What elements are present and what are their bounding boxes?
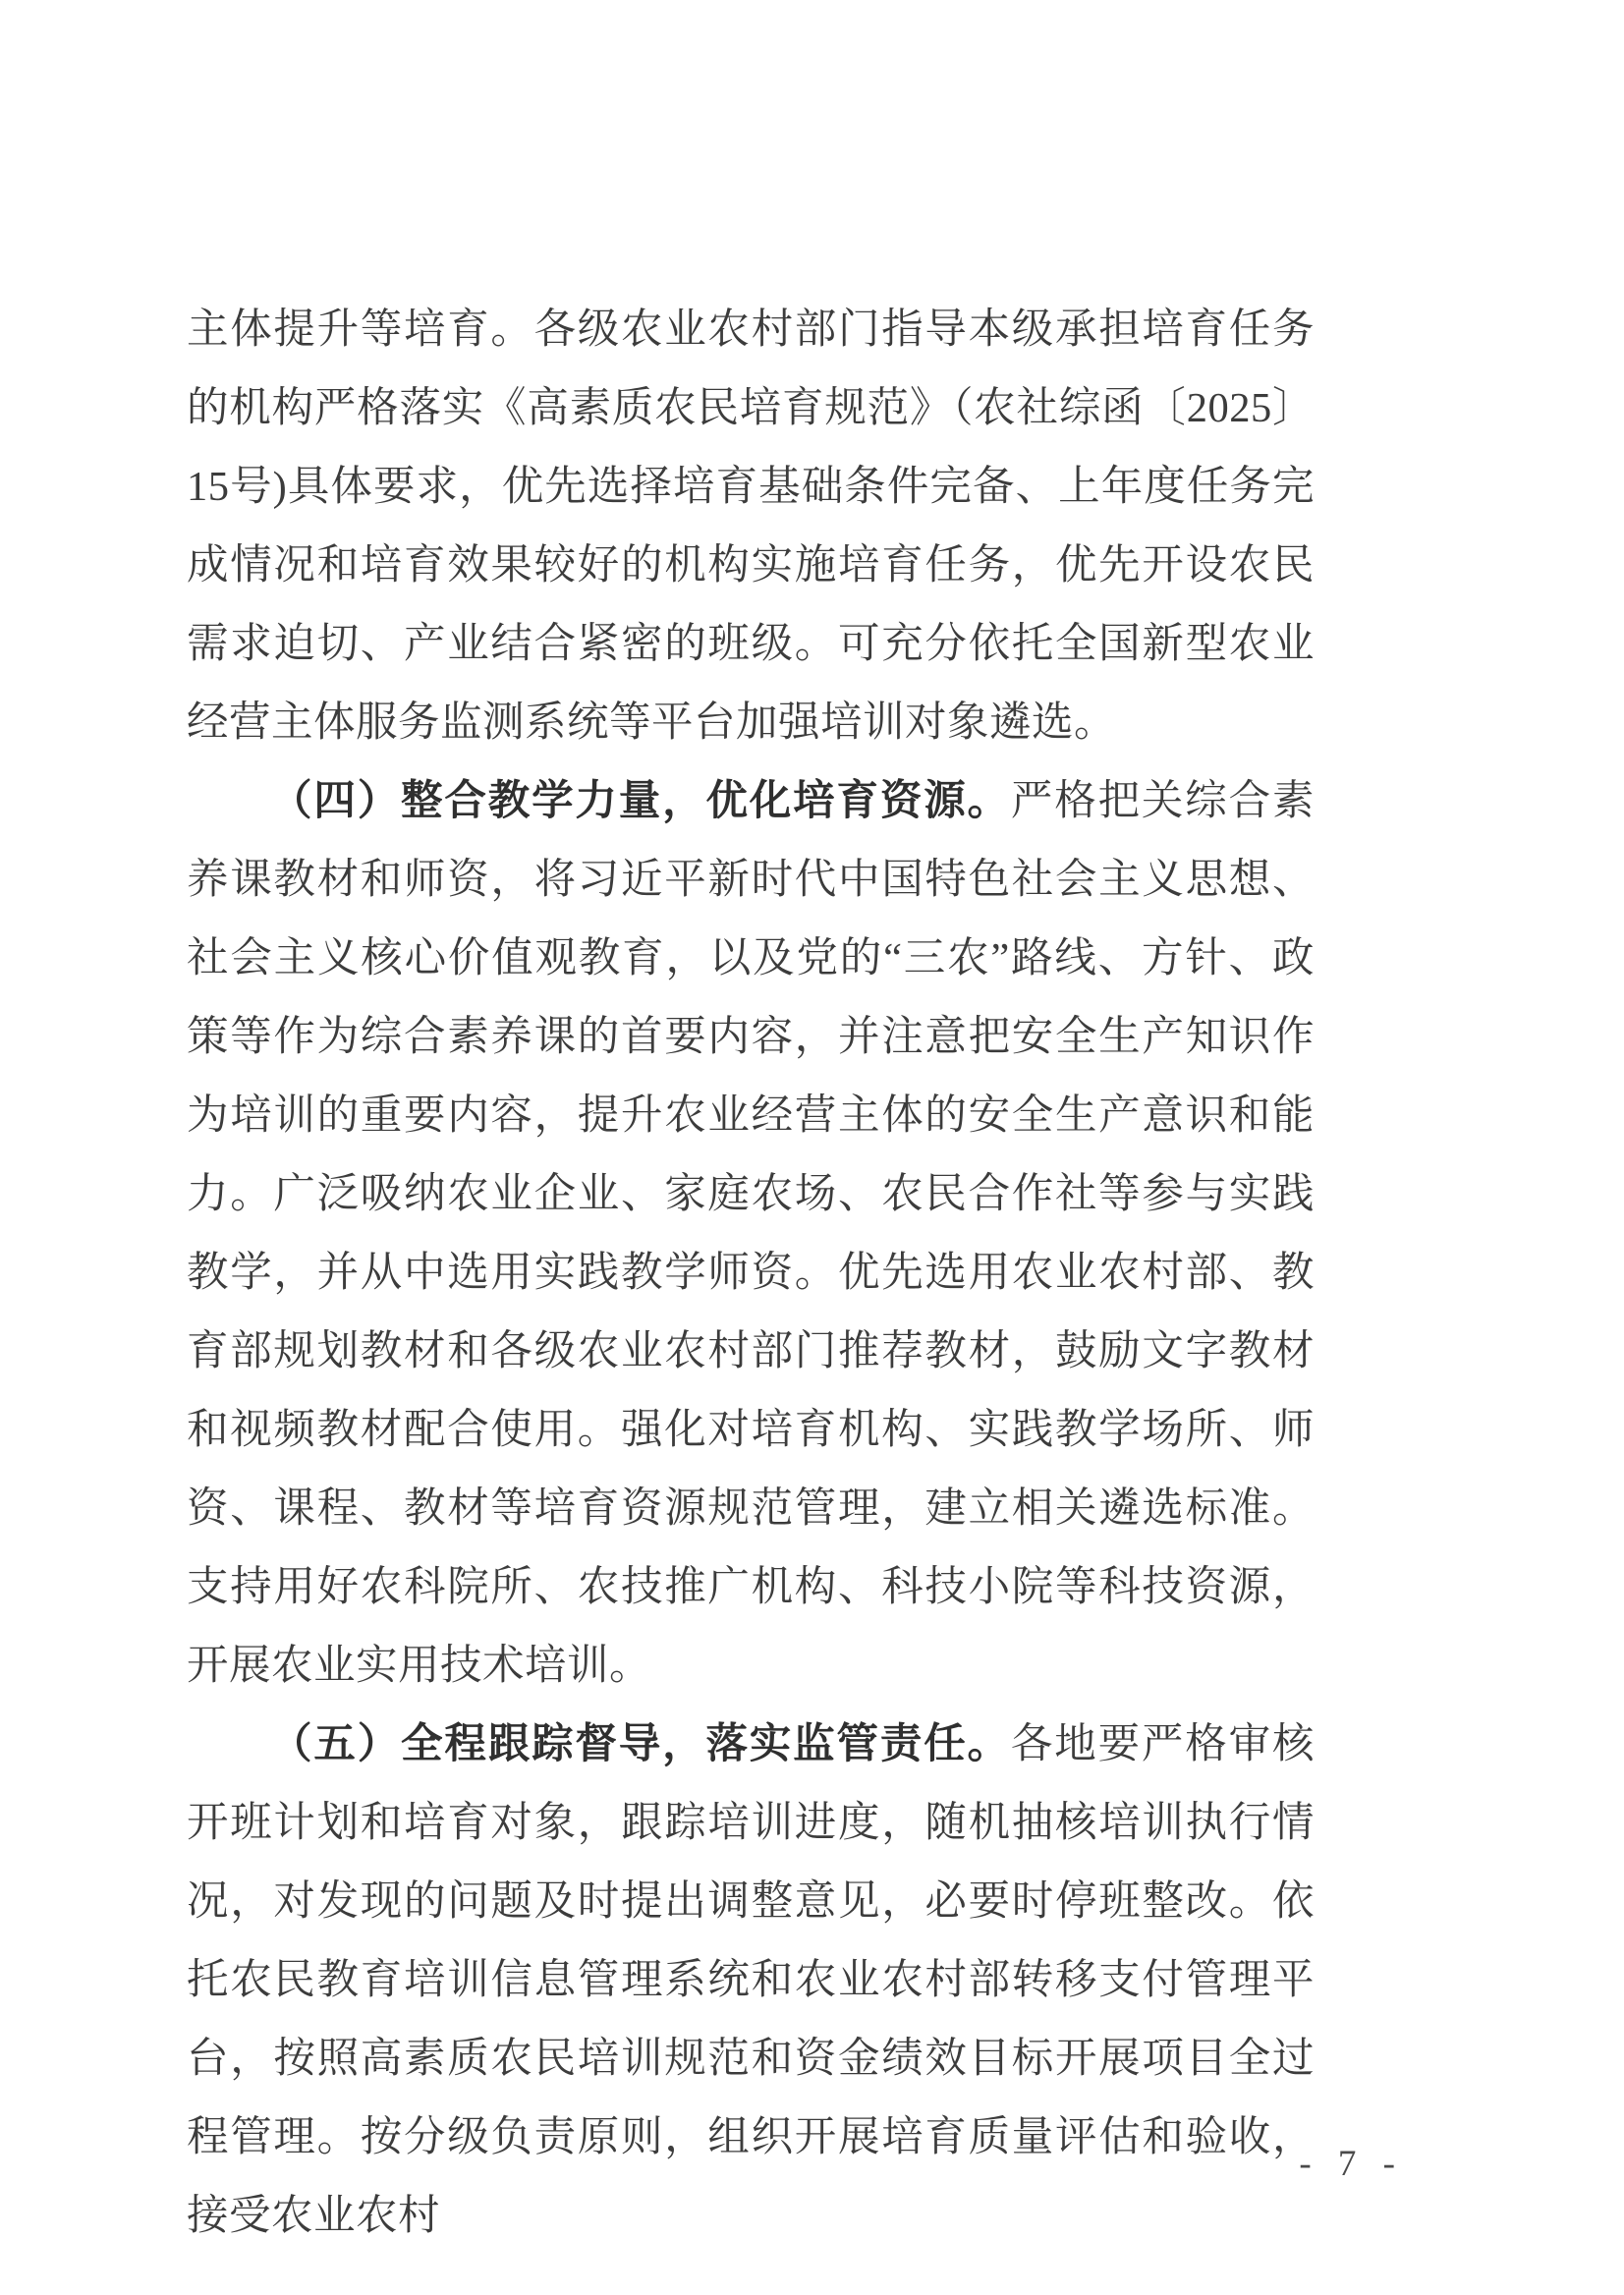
paragraph-section-5: （五）全程跟踪督导，落实监管责任。各地要严格审核开班计划和培育对象，跟踪培训进度… xyxy=(187,1706,1315,2256)
section-4-heading: （四）整合教学力量，优化培育资源。 xyxy=(270,778,1011,824)
paragraph-continuation-text: 主体提升等培育。各级农业农村部门指导本级承担培育任务的机构严格落实《高素质农民培… xyxy=(187,307,1315,746)
document-page: 主体提升等培育。各级农业农村部门指导本级承担培育任务的机构严格落实《高素质农民培… xyxy=(0,0,1624,2295)
paragraph-continuation: 主体提升等培育。各级农业农村部门指导本级承担培育任务的机构严格落实《高素质农民培… xyxy=(187,291,1315,762)
document-body: 主体提升等培育。各级农业农村部门指导本级承担培育任务的机构严格落实《高素质农民培… xyxy=(187,291,1315,2256)
paragraph-section-4: （四）整合教学力量，优化培育资源。严格把关综合素养课教材和师资，将习近平新时代中… xyxy=(187,762,1315,1706)
section-4-text: 严格把关综合素养课教材和师资，将习近平新时代中国特色社会主义思想、社会主义核心价… xyxy=(187,778,1315,1689)
section-5-text: 各地要严格审核开班计划和培育对象，跟踪培训进度，随机抽核培训执行情况，对发现的问… xyxy=(187,1721,1315,2239)
page-number: - 7 - xyxy=(1299,2140,1404,2189)
section-5-heading: （五）全程跟踪督导，落实监管责任。 xyxy=(270,1721,1011,1767)
